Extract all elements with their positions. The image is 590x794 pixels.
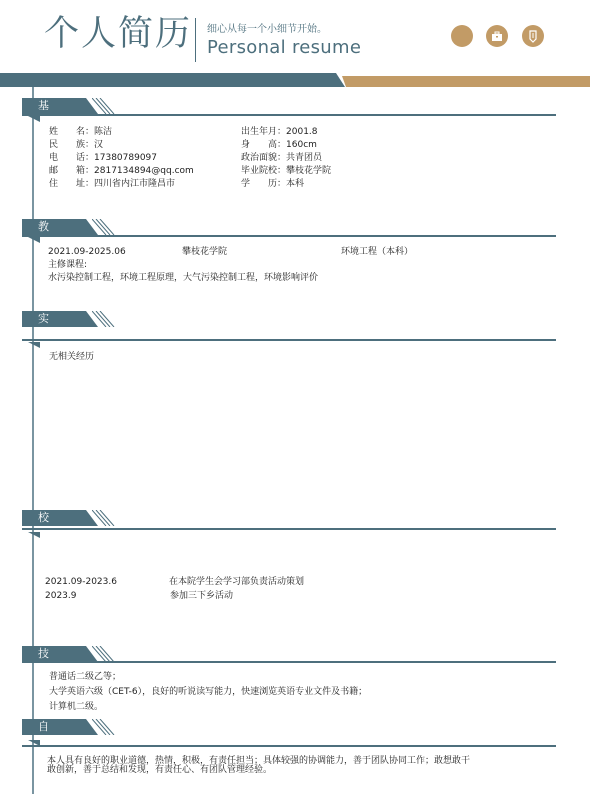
header-band-accent (342, 76, 590, 87)
flag-marker (28, 116, 40, 122)
info-phone: 电 话：17380789097 (49, 152, 157, 165)
campus-desc: 在本院学生会学习部负责活动策划 (169, 576, 304, 589)
edu-courses: 水污染控制工程，环境工程原理，大气污染控制工程，环境影响评价 (48, 272, 318, 285)
edu-major: 环境工程（本科） (341, 246, 413, 259)
info-birth: 出生年月：2001.8 (241, 126, 318, 139)
section-divider (22, 528, 556, 530)
briefcase-icon (486, 25, 508, 47)
slogan: 细心从每一个小细节开始。 (207, 23, 327, 37)
stripes-decoration (92, 646, 122, 662)
edu-school: 攀枝花学院 (182, 246, 227, 259)
info-political: 政治面貌：共青团员 (241, 152, 322, 165)
section-title: 校园经历 (38, 510, 50, 574)
section-divider (22, 339, 556, 341)
header-band-primary (0, 73, 345, 87)
internship-content: 无相关经历 (49, 351, 94, 364)
page-subtitle: Personal resume (207, 37, 361, 59)
info-height: 身 高：160cm (241, 139, 317, 152)
skill-item: 大学英语六级（CET-6），良好的听说读写能力，快速浏览英语专业文件及书籍； (49, 686, 367, 699)
campus-period: 2021.09-2023.6 (45, 576, 117, 589)
section-divider (22, 114, 556, 116)
pencil-icon (522, 25, 544, 47)
stripes-decoration (92, 510, 122, 526)
info-name: 姓 名：陈洁 (49, 126, 112, 139)
section-divider (22, 661, 556, 663)
stripes-decoration (92, 219, 122, 235)
page-title: 个人简历 (44, 12, 192, 56)
info-ethnicity: 民 族：汉 (49, 139, 103, 152)
edu-courses-label: 主修课程: (48, 259, 87, 272)
avatar-icon (451, 25, 473, 47)
flag-marker (28, 532, 40, 538)
section-divider (22, 235, 556, 237)
edu-period: 2021.09-2025.06 (48, 246, 126, 259)
info-email: 邮 箱：2817134894@qq.com (49, 165, 194, 178)
skill-item: 普通话二级乙等； (49, 671, 121, 684)
skill-item: 计算机二级。 (49, 701, 103, 714)
stripes-decoration (92, 311, 122, 327)
info-address: 住 址：四川省内江市隆昌市 (49, 178, 175, 191)
info-school: 毕业院校：攀枝花学院 (241, 165, 331, 178)
info-degree: 学 历：本科 (241, 178, 304, 191)
campus-period: 2023.9 (45, 590, 77, 603)
stripes-decoration (92, 719, 122, 735)
section-divider (22, 745, 556, 747)
title-divider (195, 18, 196, 62)
self-evaluation-line: 敢创新，善于总结和发现，有责任心、有团队管理经验。 (47, 765, 272, 775)
campus-desc: 参加三下乡活动 (170, 590, 233, 603)
timeline-line (32, 87, 34, 794)
stripes-decoration (92, 98, 122, 114)
